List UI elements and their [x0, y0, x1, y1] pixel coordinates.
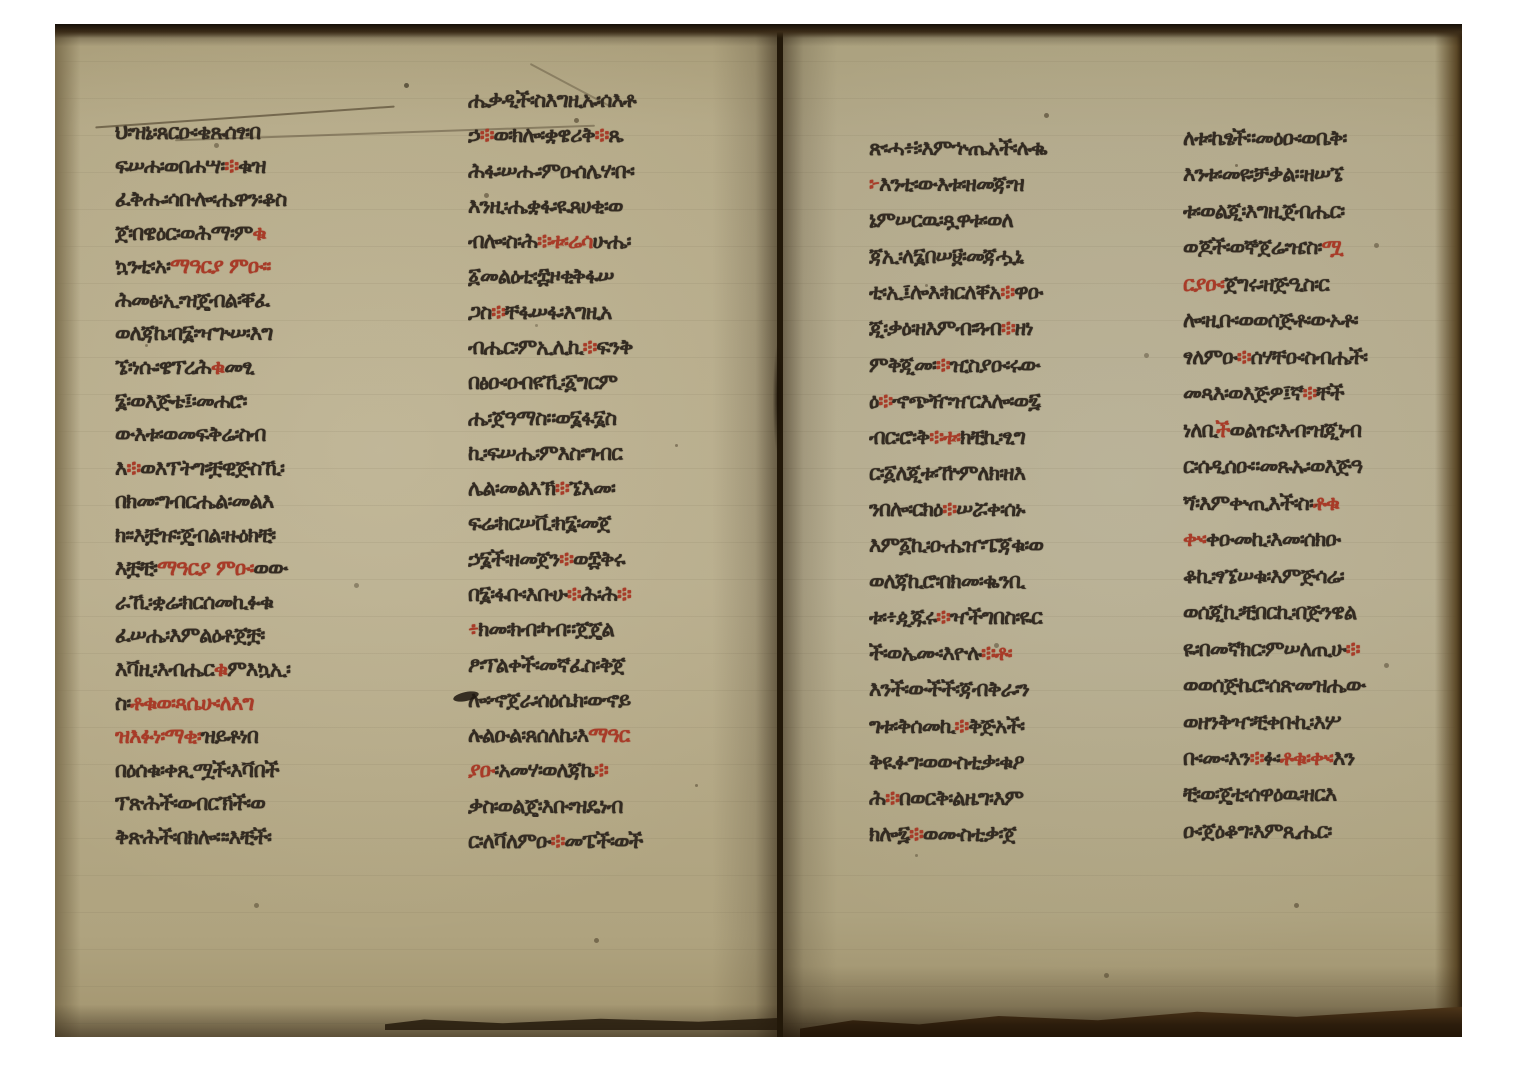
text-line: ጋስ፨ቸፋሠፋ፡እግዚአ: [468, 302, 770, 323]
text-line: ወለጃኪሮ፡በክመ፡ቈንቢ: [869, 571, 1161, 592]
text-segment: በፅዑ፡ዑበዩኺ፡፩ግርም: [468, 372, 617, 393]
text-segment: ሔ፡ጀዓማስ።ወ፮ፋ፮ስ: [468, 408, 616, 429]
text-segment: ዑ፡ጀዕቆግ፡እምጺ኎ሔር፡: [1183, 821, 1331, 842]
parchment-speckle: [55, 24, 58, 27]
text-line: እም፩ኪ፡ዑሔዠ፡ፔጃቁ፡ወ: [869, 535, 1161, 556]
text-line: ኪ፡ፍሠሔ፡ምእስ፡ግብር: [468, 443, 770, 464]
text-segment: ፉ፡: [1264, 748, 1280, 769]
text-segment: ፨: [936, 607, 950, 628]
text-segment: ፨: [594, 760, 608, 781]
text-line: ኃ፨ወ፡ክሎ፡ቋዌሪቅ፨ጼ: [468, 125, 770, 146]
text-segment: ኜእመ፡: [569, 478, 615, 499]
text-segment: ጀግሩ፡ዘጅዒስ፡ር: [1224, 274, 1329, 295]
text-line: መጻእ፡ወእጅዎ፤ኛ፨ቸች: [1183, 383, 1451, 404]
text-segment: ወው: [253, 558, 287, 579]
text-segment: ያዑ: [468, 760, 494, 781]
text-column-right-2: ለቱ፡ኬፄች።መዕዑ፡ወቤቅ፡እንቱ፡መዩ፡ቻቃል።ዘሠኜቱ፡ወልጂ፡እግዚጀብ…: [1183, 128, 1451, 842]
text-segment: ሟ: [1321, 237, 1342, 258]
text-segment: ሕመፅ፡ኢ፡ዝጄብል፡ቐፈ: [115, 290, 269, 311]
text-column-left-1: ህ፡ዝኔ፡ጸርዑ፡ቄጹሰፃ፡በፍሠሐ፡ወበሐሣ፡፨ቁዝፈቅሑ፡ሳቡሎ፡ሔዋን፡ቆ…: [115, 122, 429, 848]
text-segment: ማዓር: [588, 725, 629, 746]
text-line: ሉልዑል፡ጸሰለኬ፡እማዓር: [468, 725, 770, 746]
text-line: ዝእፉነ፡ማቂ፡ዝይቶነበ: [115, 726, 429, 747]
text-segment: ወለጃኬ፡በ፮፡ዣጕሠ፡እግ: [115, 323, 272, 344]
text-line: ግቱ፡ቅሰመኪ፨ቅጅአች፡: [869, 716, 1161, 737]
text-segment: ብር፡ሮ፡ቅ: [869, 427, 929, 448]
text-segment: ወለጃኪሮ፡በክመ፡ቈንቢ: [869, 571, 1024, 592]
text-segment: ፦: [869, 174, 879, 195]
text-line: ሕ፨በወርቅ፡ልዜግ፡እም: [869, 788, 1161, 809]
text-line: ሔ፡ጀዓማስ።ወ፮ፋ፮ስ: [468, 408, 770, 429]
text-line: ሎ፡ዚቡ፡ወወሰጅቶ፡ውኦቶ፡: [1183, 310, 1451, 331]
text-line: ቍ፡ቀዑመኪ፡እመ፡ሰክዑ: [1183, 529, 1451, 550]
text-segment: ፨: [567, 584, 581, 605]
text-segment: ኔምሠርዉ፡ጿዋቱ፡ወለ: [869, 210, 1013, 231]
text-line: ነለቢችወልዤ፡እብ፡ዝጂነብ: [1183, 420, 1451, 441]
text-segment: እንች፡ውችች፡ጃብቅራ፡ን: [869, 679, 1029, 700]
text-segment: ቸፋሠፋ፡እግዚአ: [505, 302, 611, 323]
text-column-left-2: ሔቃዲች፡ስእግዚኡ፡ሰእቶኃ፨ወ፡ክሎ፡ቋዌሪቅ፨ጼሕፋ፡ሠሑ፡ምዑሰሌሃ፡ቡ…: [468, 90, 770, 852]
text-segment: ፨: [126, 458, 140, 479]
text-line: እንዚ፡ሔቋፋ፡ዪጸሀቂ፡ወ: [468, 196, 770, 217]
text-segment: ፈቅሑ፡ሳቡሎ፡ሔዋን፡ቆስ: [115, 189, 286, 210]
text-segment: ፨: [1346, 639, 1360, 660]
text-segment: ጞ፡እምቍጢእች፡ስ፡: [1183, 493, 1313, 514]
text-segment: እንቱ፡መዩ፡ቻቃል።ዘሠኜ: [1183, 164, 1343, 185]
text-segment: ቁ: [252, 223, 265, 244]
text-segment: እቫዚ፡እብሔር: [115, 659, 214, 680]
text-segment: ግቱ፡ቅሰመኪ: [869, 716, 954, 737]
text-line: ጃኢ፡ለ፮በሠ፱፡መጃሗኒ: [869, 246, 1161, 267]
text-line: ሔቃዲች፡ስእግዚኡ፡ሰእቶ: [468, 90, 770, 111]
text-line: ወጆች፡ወኞጀሬ፡ዤስ፡ሟ: [1183, 237, 1451, 258]
text-segment: ፨: [878, 391, 892, 412]
text-line: ፍሠሐ፡ወበሐሣ፡፨ቁዝ: [115, 156, 429, 177]
text-segment: ዕ: [869, 391, 878, 412]
text-line: ርያዑ፡ጀግሩ፡ዘጅዒስ፡ር: [1183, 274, 1451, 295]
text-segment: ፨ቱ፡ሬሳ: [537, 231, 592, 252]
left-page: ህ፡ዝኔ፡ጸርዑ፡ቄጹሰፃ፡በፍሠሐ፡ወበሐሣ፡፨ቁዝፈቅሑ፡ሳቡሎ፡ሔዋን፡ቆ…: [55, 24, 777, 1037]
text-segment: ፨ቱ፡: [929, 427, 960, 448]
text-segment: ክመ፡ክብ፡ካብ።ጀጄል: [478, 619, 614, 640]
text-line: ወዘንቅዣ፡ቺቀቡኪ፡እሦ: [1183, 712, 1451, 733]
text-segment: ፨: [224, 156, 238, 177]
text-segment: ፨: [551, 831, 565, 852]
text-segment: ህ፡ዝኔ፡ጸርዑ፡ቄጹሰፃ፡በ: [115, 122, 260, 143]
text-line: ኃ፮ች፡ዘመጀን፨ወ፰ቅሩ: [468, 549, 770, 570]
text-segment: ሠሯቀ፡ሰኑ: [956, 499, 1024, 520]
text-segment: ዬ፡በመኛክር፡ምሠለጢሁ: [1183, 639, 1346, 660]
text-segment: ጼ: [608, 125, 622, 146]
text-line: ቡ፡ሙ፡እን፨ፉ፡ቶቁ፡ቍ፡እን: [1183, 748, 1451, 769]
text-line: ጀ፡በዌዕር፡ወሕማ፡ምቁ: [115, 223, 429, 244]
text-segment: እንዚ፡ሔቋፋ፡ዪጸሀቂ፡ወ: [468, 196, 622, 217]
text-segment: ፨: [555, 478, 569, 499]
text-segment: ወሰጂኪ፡ቺበርኪ፡በጅንዌል: [1183, 602, 1356, 623]
text-segment: መፂ: [224, 357, 253, 378]
text-line: ሕፋ፡ሠሑ፡ምዑሰሌሃ፡ቡ፡: [468, 161, 770, 182]
text-line: ሌል፡መልእኽ፨ኜእመ፡: [468, 478, 770, 499]
text-segment: ፥: [468, 619, 478, 640]
text-segment: ወልዤ፡እብ፡ዝጂነብ: [1230, 420, 1361, 441]
book-top-edge: [55, 24, 1462, 38]
text-line: ወለጃኬ፡በ፮፡ዣጕሠ፡እግ: [115, 323, 429, 344]
text-line: ፦እንቲ፡ውእቱ፡ዘመጃ፡ዝ: [869, 174, 1161, 195]
text-segment: ቱ፡፥ዺጁሩ: [869, 607, 936, 628]
text-line: ብር፡ሮ፡ቅ፨ቱ፡ክቺኪ፡ፂግ: [869, 427, 1161, 448]
gutter-shadow: [771, 324, 785, 474]
text-segment: ሁሔ፡: [593, 231, 631, 252]
text-line: ሎ፡ኆጀራ፡ሰዕሴክ፡ወኆይ: [468, 690, 770, 711]
text-line: ቃስ፡ወልጄ፡እቡ፡ዝዴነብ: [468, 796, 770, 817]
text-segment: በ፮፡ፋቡ፡እቡሁ: [468, 584, 567, 605]
text-line: ች፡ወኤሙ፡እዮሉ፨ቶ፡: [869, 643, 1161, 664]
text-line: ፩መልዕቲ፡፰ዞቂቅፋሠ: [468, 266, 770, 287]
text-segment: ኪ፡ፍሠሔ፡ምእስ፡ግብር: [468, 443, 622, 464]
text-line: ፍሬ፡ክርሠቪ፡ክ፮፡መጀ: [468, 513, 770, 534]
text-segment: ፨: [936, 355, 950, 376]
text-segment: ክ፡፡እቿዡ፡ጄብል፡ዙዕክቺ፡: [115, 525, 275, 546]
text-segment: ቺ፡ወ፡ጄቲ፡ሰዋዕዉ፡ዘርእ: [1183, 784, 1336, 805]
text-segment: ቶቁ፡ቍ፡: [1280, 748, 1333, 769]
text-segment: ፨: [617, 584, 631, 605]
text-line: ቲ፡ኢ፤ሎእ፡ክርለቐአ፨ዋዑ: [869, 282, 1161, 303]
text-line: ቱ፡፥ዺጁሩ፨ዣችግበስ፡ዬር: [869, 607, 1161, 628]
right-page: 157 ጽ፡ሓ፥፧፡እምኍጤአች፡ሉቈ፦እንቲ፡ውእቱ፡ዘመጃ፡ዝኔምሠርዉ፡ጿ…: [783, 24, 1462, 1037]
text-segment: እ: [115, 458, 126, 479]
text-line: ሕመፅ፡ኢ፡ዝጄብል፡ቐፈ: [115, 290, 429, 311]
text-segment: ወዘንቅዣ፡ቺቀቡኪ፡እሦ: [1183, 712, 1341, 733]
text-segment: መጻእ፡ወእጅዎ፤ኛ: [1183, 383, 1303, 404]
text-segment: ቲ፡ኢ፤ሎእ፡ክርለቐአ: [869, 282, 1000, 303]
text-segment: ኃ፮ች፡ዘመጀን: [468, 549, 559, 570]
text-segment: ማዓርያ ምዑ፡: [157, 558, 253, 579]
text-segment: ጃኢ፡ለ፮በሠ፱፡መጃሗኒ: [869, 246, 1023, 267]
text-segment: ፨: [1237, 347, 1251, 368]
text-segment: ፆ፡ፕልቀች፡መኛፈስ፡ቅጀ: [468, 655, 625, 676]
text-segment: እም፩ኪ፡ዑሔዠ፡ፔጃቁ፡ወ: [869, 535, 1043, 556]
text-line: ዕ፨ኆጭዥ፡ዠርእሎ፡ወ፯: [869, 391, 1161, 412]
text-line: ቅዪፉግ፡ወውስቲቃ፡ቁዖ: [869, 752, 1161, 773]
text-segment: ፍሠሐ፡ወበሐሣ፡: [115, 156, 224, 177]
text-line: ፈሠሔ፡እምልዕቶጀቿ፡: [115, 625, 429, 646]
text-segment: ፕጽሕች፡ወብርኽች፡ወ: [115, 793, 265, 814]
text-segment: በክመ፡ግብርሔል፡መልእ: [115, 491, 273, 512]
text-line: ጞ፡እምቍጢእች፡ስ፡ቶቁ: [1183, 493, 1451, 514]
text-segment: ዝይቶነበ: [201, 726, 258, 747]
text-segment: በወርቅ፡ልዜግ፡እም: [899, 788, 1023, 809]
text-segment: ስ፡: [115, 693, 130, 714]
text-segment: ቃስ፡ወልጄ፡እቡ፡ዝዴነብ: [468, 796, 622, 817]
text-segment: ሎ፡ኆጀራ፡ሰዕሴክ፡ወኆይ: [468, 690, 630, 711]
text-line: ወወሰጅኬሮ፡ሰጽመዝሔው: [1183, 675, 1451, 696]
text-segment: ሰሃቸዑ፡ስብሔች፡: [1251, 347, 1367, 368]
text-line: ር፡ሰዲሰዑ።መጹኡ፡ወእጅዓ: [1183, 456, 1451, 477]
text-segment: ር፡ሰዲሰዑ።መጹኡ፡ወእጅዓ: [1183, 456, 1362, 477]
text-segment: ጋስ: [468, 302, 491, 323]
text-segment: ፩መልዕቲ፡፰ዞቂቅፋሠ: [468, 266, 613, 287]
text-segment: ፨ቶ፡: [981, 643, 1011, 664]
text-segment: ወ፡ክሎ፡ቋዌሪቅ: [493, 125, 594, 146]
text-line: ውእቱ፡ወመፍቅሬ፡ስብ: [115, 424, 429, 445]
text-segment: ቶቁ: [1313, 493, 1339, 514]
photo-canvas: ህ፡ዝኔ፡ጸርዑ፡ቄጹሰፃ፡በፍሠሐ፡ወበሐሣ፡፨ቁዝፈቅሑ፡ሳቡሎ፡ሔዋን፡ቆ…: [0, 0, 1515, 1071]
text-line: እንቱ፡መዩ፡ቻቃል።ዘሠኜ: [1183, 164, 1451, 185]
text-segment: ኳንቲ፡አ፡: [115, 256, 170, 277]
text-segment: ወጆች፡ወኞጀሬ፡ዤስ፡: [1183, 237, 1321, 258]
text-segment: ዝእፉነ፡ማቂ፡: [115, 726, 201, 747]
text-segment: ፨: [1000, 282, 1014, 303]
text-segment: ፨: [583, 337, 597, 358]
text-segment: ፨: [480, 125, 494, 146]
text-line: ፥ክመ፡ክብ፡ካብ።ጀጄል: [468, 619, 770, 640]
text-segment: ፮፡ወእጅቴ፤፡መሐሮ፡: [115, 391, 246, 412]
text-line: ምቅጂመ፡፨ዢስያዑ፡ሩው: [869, 355, 1161, 376]
text-line: ጂ፡ቃዕ፡ዘእምብ፡ጓብ፨ዘነ: [869, 318, 1161, 339]
text-segment: ፨: [559, 549, 573, 570]
text-segment: ምእኳኢ፡: [227, 659, 290, 680]
text-segment: ፨: [885, 788, 899, 809]
text-line: ክ፡፡እቿዡ፡ጄብል፡ዙዕክቺ፡: [115, 525, 429, 546]
text-line: ወሰጂኪ፡ቺበርኪ፡በጅንዌል: [1183, 602, 1451, 623]
text-line: ቅጽሕች፡በክሎ።፡እቺች፡: [115, 827, 429, 848]
text-segment: ለቱ፡ኬፄች።መዕዑ፡ወቤቅ፡: [1183, 128, 1346, 149]
text-segment: ክቺኪ፡ፂግ: [960, 427, 1025, 448]
text-segment: ቀዑመኪ፡እመ፡ሰክዑ: [1206, 529, 1340, 550]
text-segment: ሔቃዲች፡ስእግዚኡ፡ሰእቶ: [468, 90, 636, 111]
text-segment: ዘነ: [1015, 318, 1033, 339]
text-segment: ሕ፡ሕ: [581, 584, 617, 605]
text-segment: ኃ: [468, 125, 480, 146]
text-segment: ቁ: [211, 357, 224, 378]
text-line: በ፮፡ፋቡ፡እቡሁ፨ሕ፡ሕ፨: [468, 584, 770, 605]
text-line: ቆኪ፡ፃኜሠቁ፡እምጅሳሬ፡: [1183, 566, 1451, 587]
text-segment: ወ፰ቅሩ: [573, 549, 624, 570]
text-segment: ወእፕትግ፡ቿዊጅስኺ፡: [140, 458, 284, 479]
text-segment: ቅጅአች፡: [968, 716, 1024, 737]
text-line: በዕሰቁ፡ቀጺሟች፡እቫበች: [115, 760, 429, 781]
text-line: ጽ፡ሓ፥፧፡እምኍጤአች፡ሉቈ: [869, 138, 1161, 159]
text-segment: ወሙስቲቃ፡ጀ: [923, 824, 1016, 845]
text-segment: ቱ፡ወልጂ፡እግዚጀብሔር፡: [1183, 201, 1344, 222]
text-segment: ፨: [909, 824, 923, 845]
text-segment: ር፡ለቫለምዑ: [468, 831, 551, 852]
text-segment: ቶቁወ፡ጻሴሁ፡ለእግ: [130, 693, 253, 714]
text-line: ፕጽሕች፡ወብርኽች፡ወ: [115, 793, 429, 814]
text-line: እ፨ወእፕትግ፡ቿዊጅስኺ፡: [115, 458, 429, 479]
manuscript-book: ህ፡ዝኔ፡ጸርዑ፡ቄጹሰፃ፡በፍሠሐ፡ወበሐሣ፡፨ቁዝፈቅሑ፡ሳቡሎ፡ሔዋን፡ቆ…: [55, 24, 1462, 1037]
text-line: ራኺ፡ቋሬ፡ክርሰመኪፉቁ: [115, 592, 429, 613]
text-line: ፃለምዑ፨ሰሃቸዑ፡ስብሔች፡: [1183, 347, 1451, 368]
text-segment: ሌል፡መልእኽ: [468, 478, 555, 499]
text-segment: ሉልዑል፡ጸሰለኬ፡እ: [468, 725, 588, 746]
text-line: ህ፡ዝኔ፡ጸርዑ፡ቄጹሰፃ፡በ: [115, 122, 429, 143]
text-segment: እን: [1333, 748, 1354, 769]
text-segment: ራኺ፡ቋሬ፡ክርሰመኪፉቁ: [115, 592, 273, 613]
text-segment: ቁ: [214, 659, 227, 680]
text-line: ኳንቲ፡አ፡ማዓርያ ምዑ፡፡: [115, 256, 429, 277]
text-line: እቫዚ፡እብሔርቁምእኳኢ፡: [115, 659, 429, 680]
text-line: እቿቺ፡ማዓርያ ምዑ፡ወው: [115, 558, 429, 579]
text-segment: ክሎ፯: [869, 824, 909, 845]
text-segment: ሕፋ፡ሠሑ፡ምዑሰሌሃ፡ቡ፡: [468, 161, 634, 182]
text-segment: ፨: [595, 125, 609, 146]
text-segment: ቡ፡ሙ፡እን: [1183, 748, 1250, 769]
text-segment: እንቲ፡ውእቱ፡ዘመጃ፡ዝ: [879, 174, 1024, 195]
text-segment: ኆጭዥ፡ዠርእሎ፡ወ፯: [892, 391, 1040, 412]
text-line: ለቱ፡ኬፄች።መዕዑ፡ወቤቅ፡: [1183, 128, 1451, 149]
text-segment: ፨: [491, 302, 505, 323]
text-line: ዑ፡ጀዕቆግ፡እምጺ኎ሔር፡: [1183, 821, 1451, 842]
text-segment: ውእቱ፡ወመፍቅሬ፡ስብ: [115, 424, 265, 445]
text-segment: ኜ፡ነሱ፡ዌፕረሕ: [115, 357, 211, 378]
text-segment: ሕ: [869, 788, 885, 809]
text-line: ፮፡ወእጅቴ፤፡መሐሮ፡: [115, 391, 429, 412]
text-segment: ች፡ወኤሙ፡እዮሉ: [869, 643, 981, 664]
text-segment: ዣችግበስ፡ዬር: [950, 607, 1042, 628]
text-segment: ፍሬ፡ክርሠቪ፡ክ፮፡መጀ: [468, 513, 610, 534]
text-segment: ዋዑ: [1014, 282, 1042, 303]
text-line: በክመ፡ግብርሔል፡መልእ: [115, 491, 429, 512]
text-segment: ፨: [1303, 383, 1317, 404]
text-segment: እቿቺ፡: [115, 558, 157, 579]
text-segment: ቅጽሕች፡በክሎ።፡እቺች፡: [115, 827, 271, 848]
text-line: ፈቅሑ፡ሳቡሎ፡ሔዋን፡ቆስ: [115, 189, 429, 210]
text-segment: ንበሎ፡ርክዕ: [869, 499, 942, 520]
text-line: ቺ፡ወ፡ጄቲ፡ሰዋዕዉ፡ዘርእ: [1183, 784, 1451, 805]
text-segment: ፨: [954, 716, 968, 737]
text-segment: ፨: [1001, 318, 1015, 339]
text-line: ፆ፡ፕልቀች፡መኛፈስ፡ቅጀ: [468, 655, 770, 676]
text-segment: ር፡፩ለጂቱ፡ዅምለክ፡ዘእ: [869, 463, 1025, 484]
text-line: ብሔር፡ምኢሊኪ፨ፍንቅ: [468, 337, 770, 358]
text-segment: ብሎ፡ስ፡ሕ: [468, 231, 537, 252]
text-line: ክሎ፯፨ወሙስቲቃ፡ጀ: [869, 824, 1161, 845]
text-segment: ርያዑ፡: [1183, 274, 1224, 295]
text-line: ብሎ፡ስ፡ሕ፨ቱ፡ሬሳሁሔ፡: [468, 231, 770, 252]
text-line: ስ፡ቶቁወ፡ጻሴሁ፡ለእግ: [115, 693, 429, 714]
text-segment: ዢስያዑ፡ሩው: [950, 355, 1040, 376]
text-line: ር፡ለቫለምዑ፨መፔች፡ወች: [468, 831, 770, 852]
text-line: ኔምሠርዉ፡ጿዋቱ፡ወለ: [869, 210, 1161, 231]
text-segment: ፈሠሔ፡እምልዕቶጀቿ፡: [115, 625, 264, 646]
text-line: ያዑ፡አመሃ፡ወለጃኬ፨: [468, 760, 770, 781]
text-line: በፅዑ፡ዑበዩኺ፡፩ግርም: [468, 372, 770, 393]
text-segment: ነለቢ: [1183, 420, 1216, 441]
text-segment: ፨: [942, 499, 956, 520]
text-segment: በዕሰቁ፡ቀጺሟች፡እቫበች: [115, 760, 279, 781]
text-segment: ፍንቅ: [596, 337, 632, 358]
text-segment: ቆኪ፡ፃኜሠቁ፡እምጅሳሬ፡: [1183, 566, 1344, 587]
text-line: ቱ፡ወልጂ፡እግዚጀብሔር፡: [1183, 201, 1451, 222]
text-segment: ወወሰጅኬሮ፡ሰጽመዝሔው: [1183, 675, 1365, 696]
text-segment: ፃለምዑ: [1183, 347, 1237, 368]
text-segment: መፔች፡ወች: [564, 831, 642, 852]
text-line: ኜ፡ነሱ፡ዌፕረሕቁመፂ: [115, 357, 429, 378]
text-segment: ጂ፡ቃዕ፡ዘእምብ፡ጓብ: [869, 318, 1001, 339]
text-column-right-1: ጽ፡ሓ፥፧፡እምኍጤአች፡ሉቈ፦እንቲ፡ውእቱ፡ዘመጃ፡ዝኔምሠርዉ፡ጿዋቱ፡ወ…: [869, 138, 1161, 845]
text-line: ር፡፩ለጂቱ፡ዅምለክ፡ዘእ: [869, 463, 1161, 484]
text-segment: ች: [1216, 420, 1230, 441]
text-segment: ቅዪፉግ፡ወውስቲቃ፡ቁዖ: [869, 752, 1024, 773]
text-segment: ጽ፡ሓ፥፧፡እምኍጤአች፡ሉቈ: [869, 138, 1047, 159]
text-segment: ምቅጂመ፡: [869, 355, 936, 376]
text-line: ዬ፡በመኛክር፡ምሠለጢሁ፨: [1183, 639, 1451, 660]
text-segment: ብሔር፡ምኢሊኪ: [468, 337, 583, 358]
text-segment: ሎ፡ዚቡ፡ወወሰጅቶ፡ውኦቶ፡: [1183, 310, 1358, 331]
text-segment: ጀ፡በዌዕር፡ወሕማ፡ም: [115, 223, 252, 244]
text-segment: ቁዝ: [238, 156, 265, 177]
text-segment: ማዓርያ ምዑ፡፡: [170, 256, 270, 277]
text-segment: ፨: [1250, 748, 1264, 769]
text-segment: ፡አመሃ፡ወለጃኬ: [494, 760, 594, 781]
text-line: ንበሎ፡ርክዕ፨ሠሯቀ፡ሰኑ: [869, 499, 1161, 520]
text-segment: ቸች: [1316, 383, 1343, 404]
text-line: እንች፡ውችች፡ጃብቅራ፡ን: [869, 679, 1161, 700]
text-segment: ቍ፡: [1183, 529, 1206, 550]
